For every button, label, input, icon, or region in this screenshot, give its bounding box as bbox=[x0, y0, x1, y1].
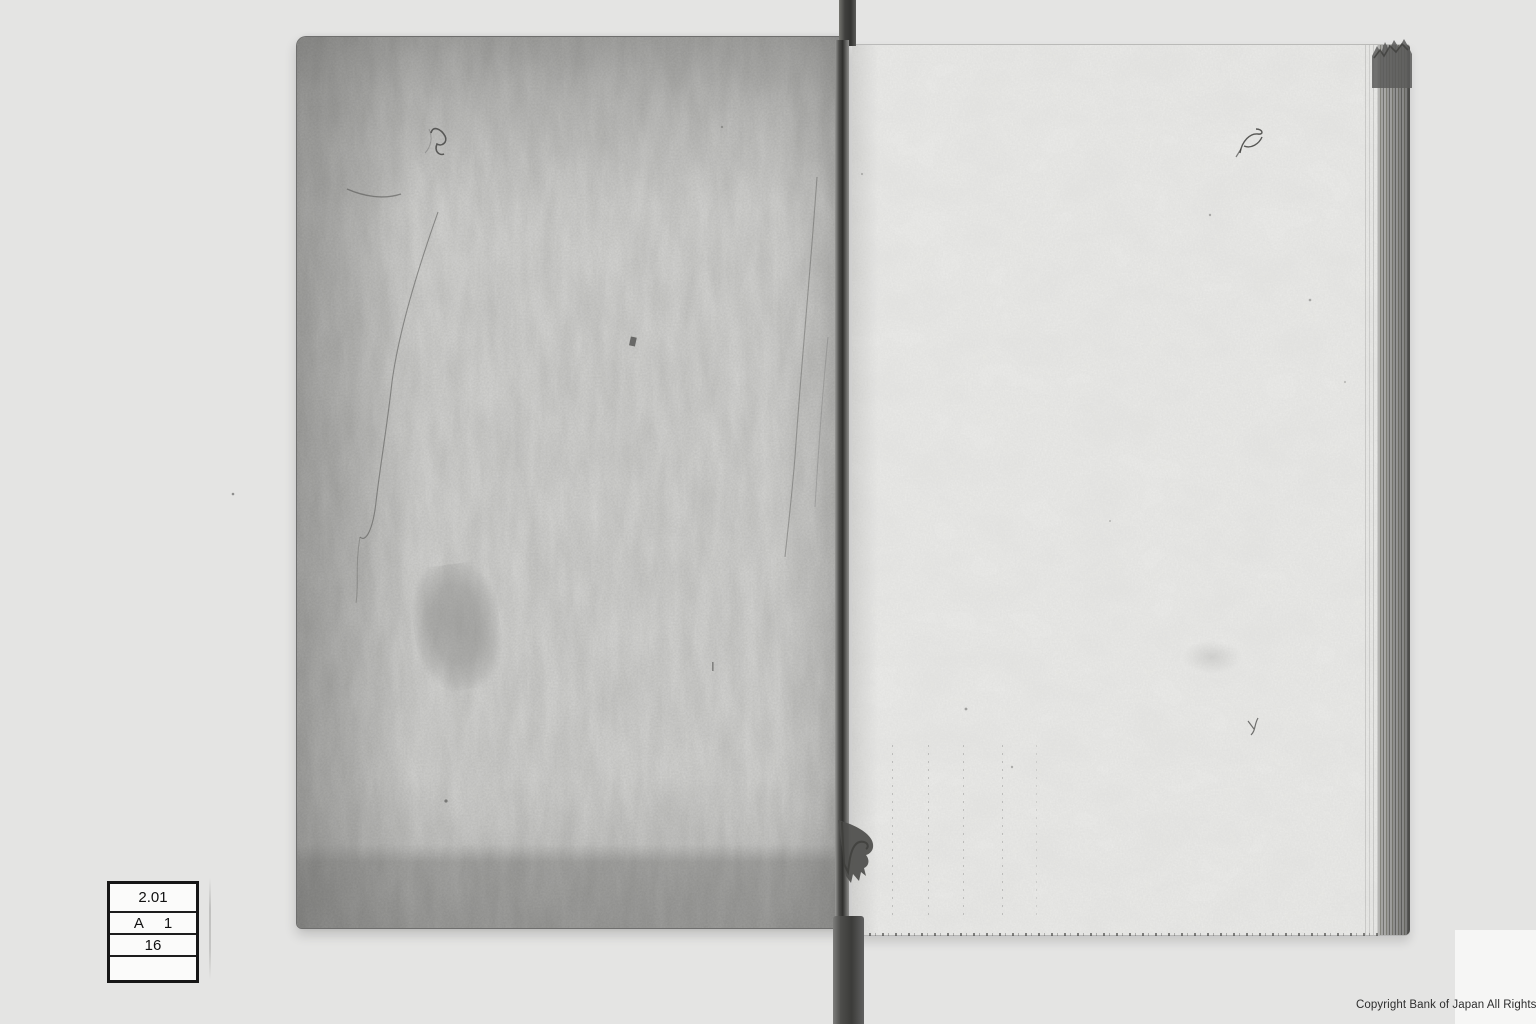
label-row bbox=[110, 955, 196, 980]
classification-label: 2.01 A 1 16 bbox=[107, 881, 199, 983]
label-cell: A bbox=[134, 915, 144, 932]
stain-mark bbox=[406, 559, 509, 696]
book-spine bbox=[835, 40, 849, 926]
faint-smudge bbox=[1182, 640, 1242, 674]
left-page bbox=[296, 36, 846, 929]
torn-strap bbox=[836, 818, 888, 906]
label-cell: 16 bbox=[145, 937, 162, 954]
label-fold-shadow bbox=[209, 878, 211, 980]
right-page bbox=[852, 44, 1410, 936]
label-row: 16 bbox=[110, 933, 196, 955]
copyright-notice: Copyright Bank of Japan All Rights Reser… bbox=[1356, 999, 1536, 1011]
fore-edge-jagged-top bbox=[1370, 36, 1414, 88]
label-cell: 2.01 bbox=[138, 889, 167, 906]
label-row: 2.01 bbox=[110, 884, 196, 911]
label-row: A 1 bbox=[110, 911, 196, 933]
label-cell: 1 bbox=[164, 915, 172, 932]
page-fore-edge bbox=[1378, 45, 1410, 935]
left-page-edge-shading bbox=[297, 37, 845, 928]
bottom-edge-speckle bbox=[856, 933, 1380, 936]
spine-strap-bottom bbox=[833, 916, 864, 1024]
archival-scan-viewer: 2.01 A 1 16 Copyright Bank of Japan All … bbox=[0, 0, 1536, 1024]
